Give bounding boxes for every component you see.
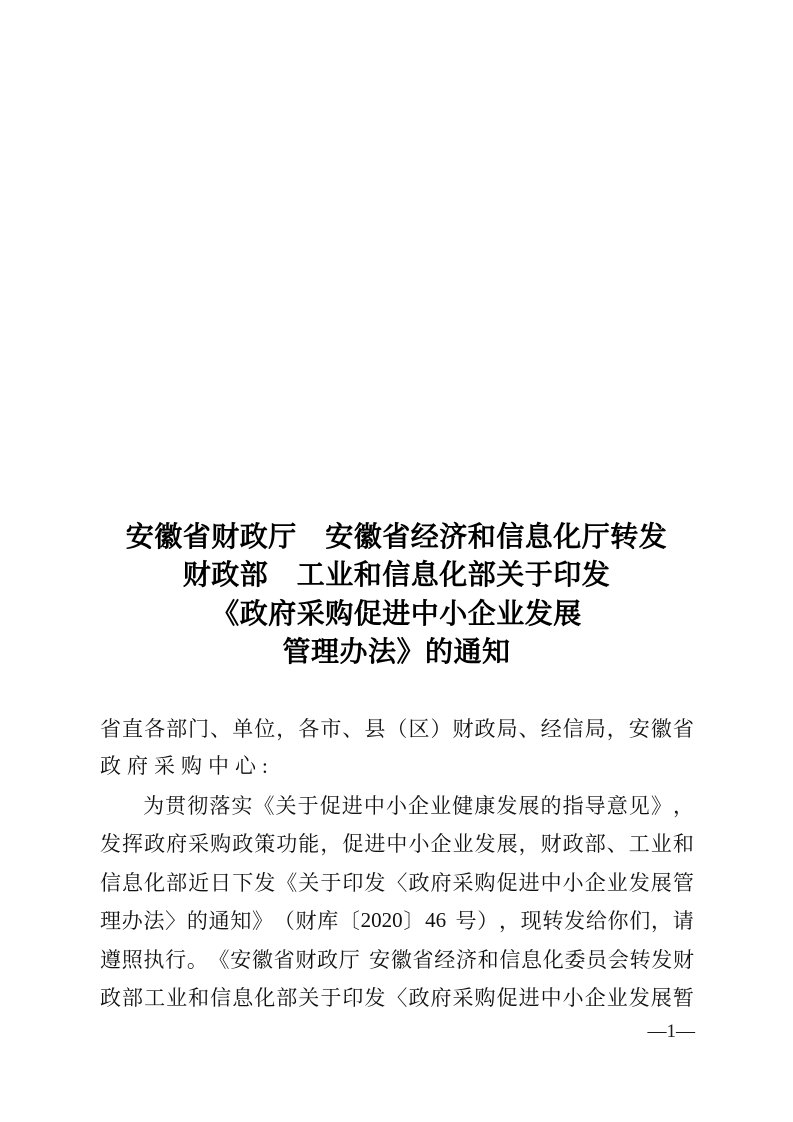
body-line: 政部工业和信息化部关于印发〈政府采购促进中小企业发展暂 (100, 978, 694, 1016)
body-line: 遵照执行。《安徽省财政厅 安徽省经济和信息化委员会转发财 (100, 939, 694, 977)
title-line: 财政部 工业和信息化部关于印发 (0, 557, 793, 595)
body-line: 为贯彻落实《关于促进中小企业健康发展的指导意见》， (100, 786, 694, 824)
body-line: 发挥政府采购政策功能，促进中小企业发展，财政部、工业和 (100, 824, 694, 862)
document-body: 省直各部门、单位，各市、县（区）财政局、经信局，安徽省政府采购中心:为贯彻落实《… (100, 709, 694, 1016)
title-line: 安徽省财政厅 安徽省经济和信息化厅转发 (0, 519, 793, 557)
body-line: 省直各部门、单位，各市、县（区）财政局、经信局，安徽省 (100, 709, 694, 747)
title-line: 管理办法》的通知 (0, 634, 793, 672)
body-line: 理办法〉的通知》（财库〔2020〕46 号），现转发给你们，请 (100, 901, 694, 939)
document-title: 安徽省财政厅 安徽省经济和信息化厅转发财政部 工业和信息化部关于印发《政府采购促… (0, 519, 793, 672)
title-line: 《政府采购促进中小企业发展 (0, 596, 793, 634)
body-line: 政府采购中心: (100, 747, 694, 785)
document-page: 安徽省财政厅 安徽省经济和信息化厅转发财政部 工业和信息化部关于印发《政府采购促… (0, 0, 793, 1122)
body-line: 信息化部近日下发《关于印发〈政府采购促进中小企业发展管 (100, 863, 694, 901)
page-number: —1— (648, 1021, 696, 1042)
